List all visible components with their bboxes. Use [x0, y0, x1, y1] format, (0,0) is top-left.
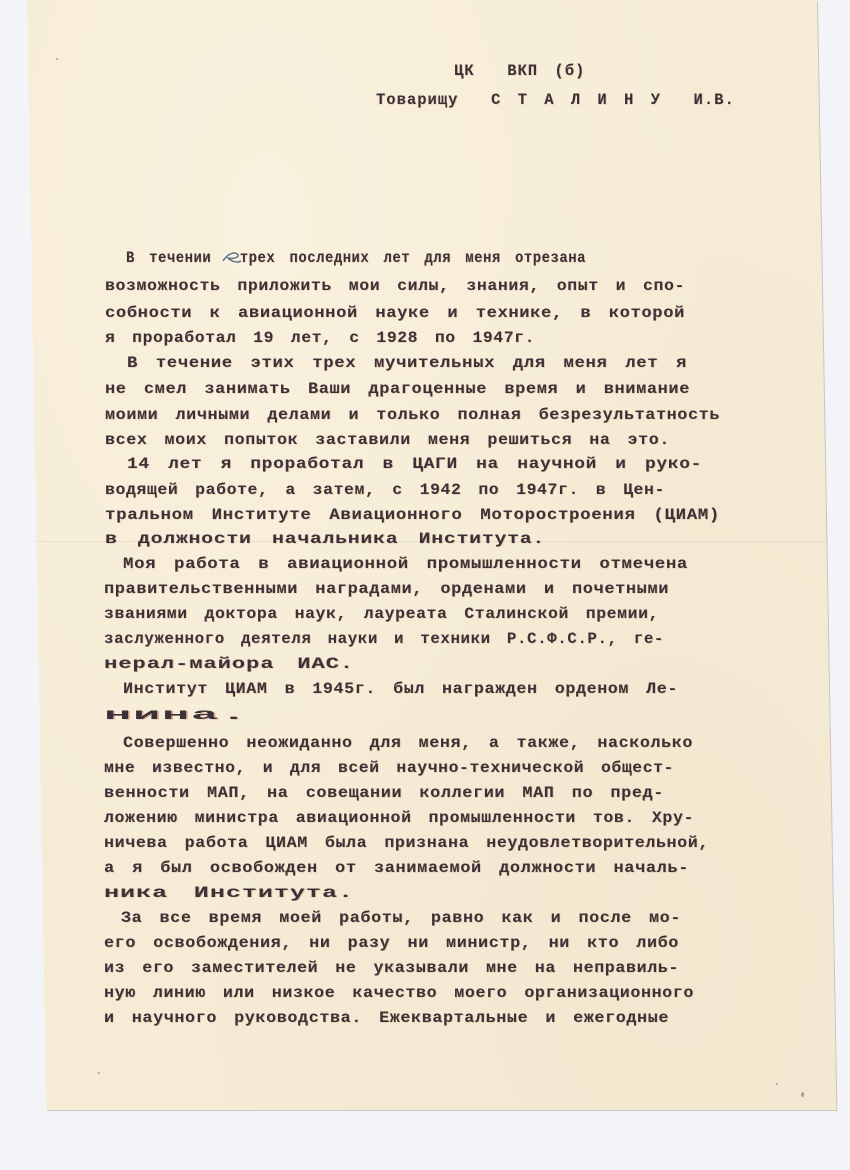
body-line-8: всех моих попыток заставили меня решитьс…	[105, 431, 670, 449]
body-line-28: его освобождения, ни разу ни министр, ни…	[104, 934, 679, 952]
body-line-11: тральном Институте Авиационного Моторост…	[105, 506, 720, 524]
body-line-4: я проработал 19 лет, с 1928 по 1947г.	[105, 329, 535, 347]
body-line-30: ную линию или низкое качество моего орга…	[104, 984, 694, 1002]
body-line-22: венности МАП, на совещании коллегии МАП …	[104, 784, 664, 802]
body-line-24: ничева работа ЦИАМ была признана неудовл…	[104, 834, 709, 852]
body-line-9: 14 лет я проработал в ЦАГИ на научной и …	[127, 455, 702, 473]
body-line-21: мне известно, и для всей научно-техничес…	[104, 759, 674, 777]
body-line-3: собности к авиационной науке и технике, …	[105, 304, 685, 322]
body-line-18: Институт ЦИАМ в 1945г. был награжден орд…	[123, 680, 678, 698]
body-line-12: в должности начальника Института.	[105, 530, 545, 548]
body-line-16: заслуженного деятеля науки и техники Р.С…	[104, 630, 664, 648]
body-line-20: Совершенно неожиданно для меня, а также,…	[123, 734, 693, 752]
body-line-17: нерал-майора ИАС.	[104, 655, 354, 673]
body-line-1: В течении трех последних лет для меня от…	[126, 249, 586, 267]
body-line-29: из его заместителей не указывали мне на …	[104, 959, 679, 977]
addressee-line-2: Товарищу С Т А Л И Н У И.В.	[376, 91, 735, 109]
body-line-15: званиями доктора наук, лауреата Сталинск…	[104, 605, 659, 623]
body-line-31: и научного руководства. Ежеквартальные и…	[104, 1009, 669, 1027]
body-line-5: В течение этих трех мучительных для меня…	[127, 354, 687, 372]
letter-content: ЦК ВКП (б) Товарищу С Т А Л И Н У И.В. В…	[0, 0, 850, 1170]
body-line-25: а я был освобожден от занимаемой должнос…	[104, 859, 689, 877]
body-line-10: водящей работе, а затем, с 1942 по 1947г…	[105, 481, 665, 499]
body-line-2: возможность приложить мои силы, знания, …	[105, 277, 685, 295]
body-line-19: нина.	[104, 706, 249, 724]
body-line-27: За все время моей работы, равно как и по…	[121, 909, 681, 927]
body-line-13: Моя работа в авиационной промышленности …	[123, 555, 688, 573]
body-line-23: ложению министра авиационной промышленно…	[104, 809, 694, 827]
body-line-14: правительственными наградами, орденами и…	[104, 580, 669, 598]
body-line-7: моими личными делами и только полная без…	[105, 406, 720, 424]
body-line-26: ника Института.	[104, 884, 354, 902]
addressee-line-1: ЦК ВКП (б)	[454, 62, 585, 80]
body-line-6: не смел занимать Ваши драгоценные время …	[105, 380, 690, 398]
